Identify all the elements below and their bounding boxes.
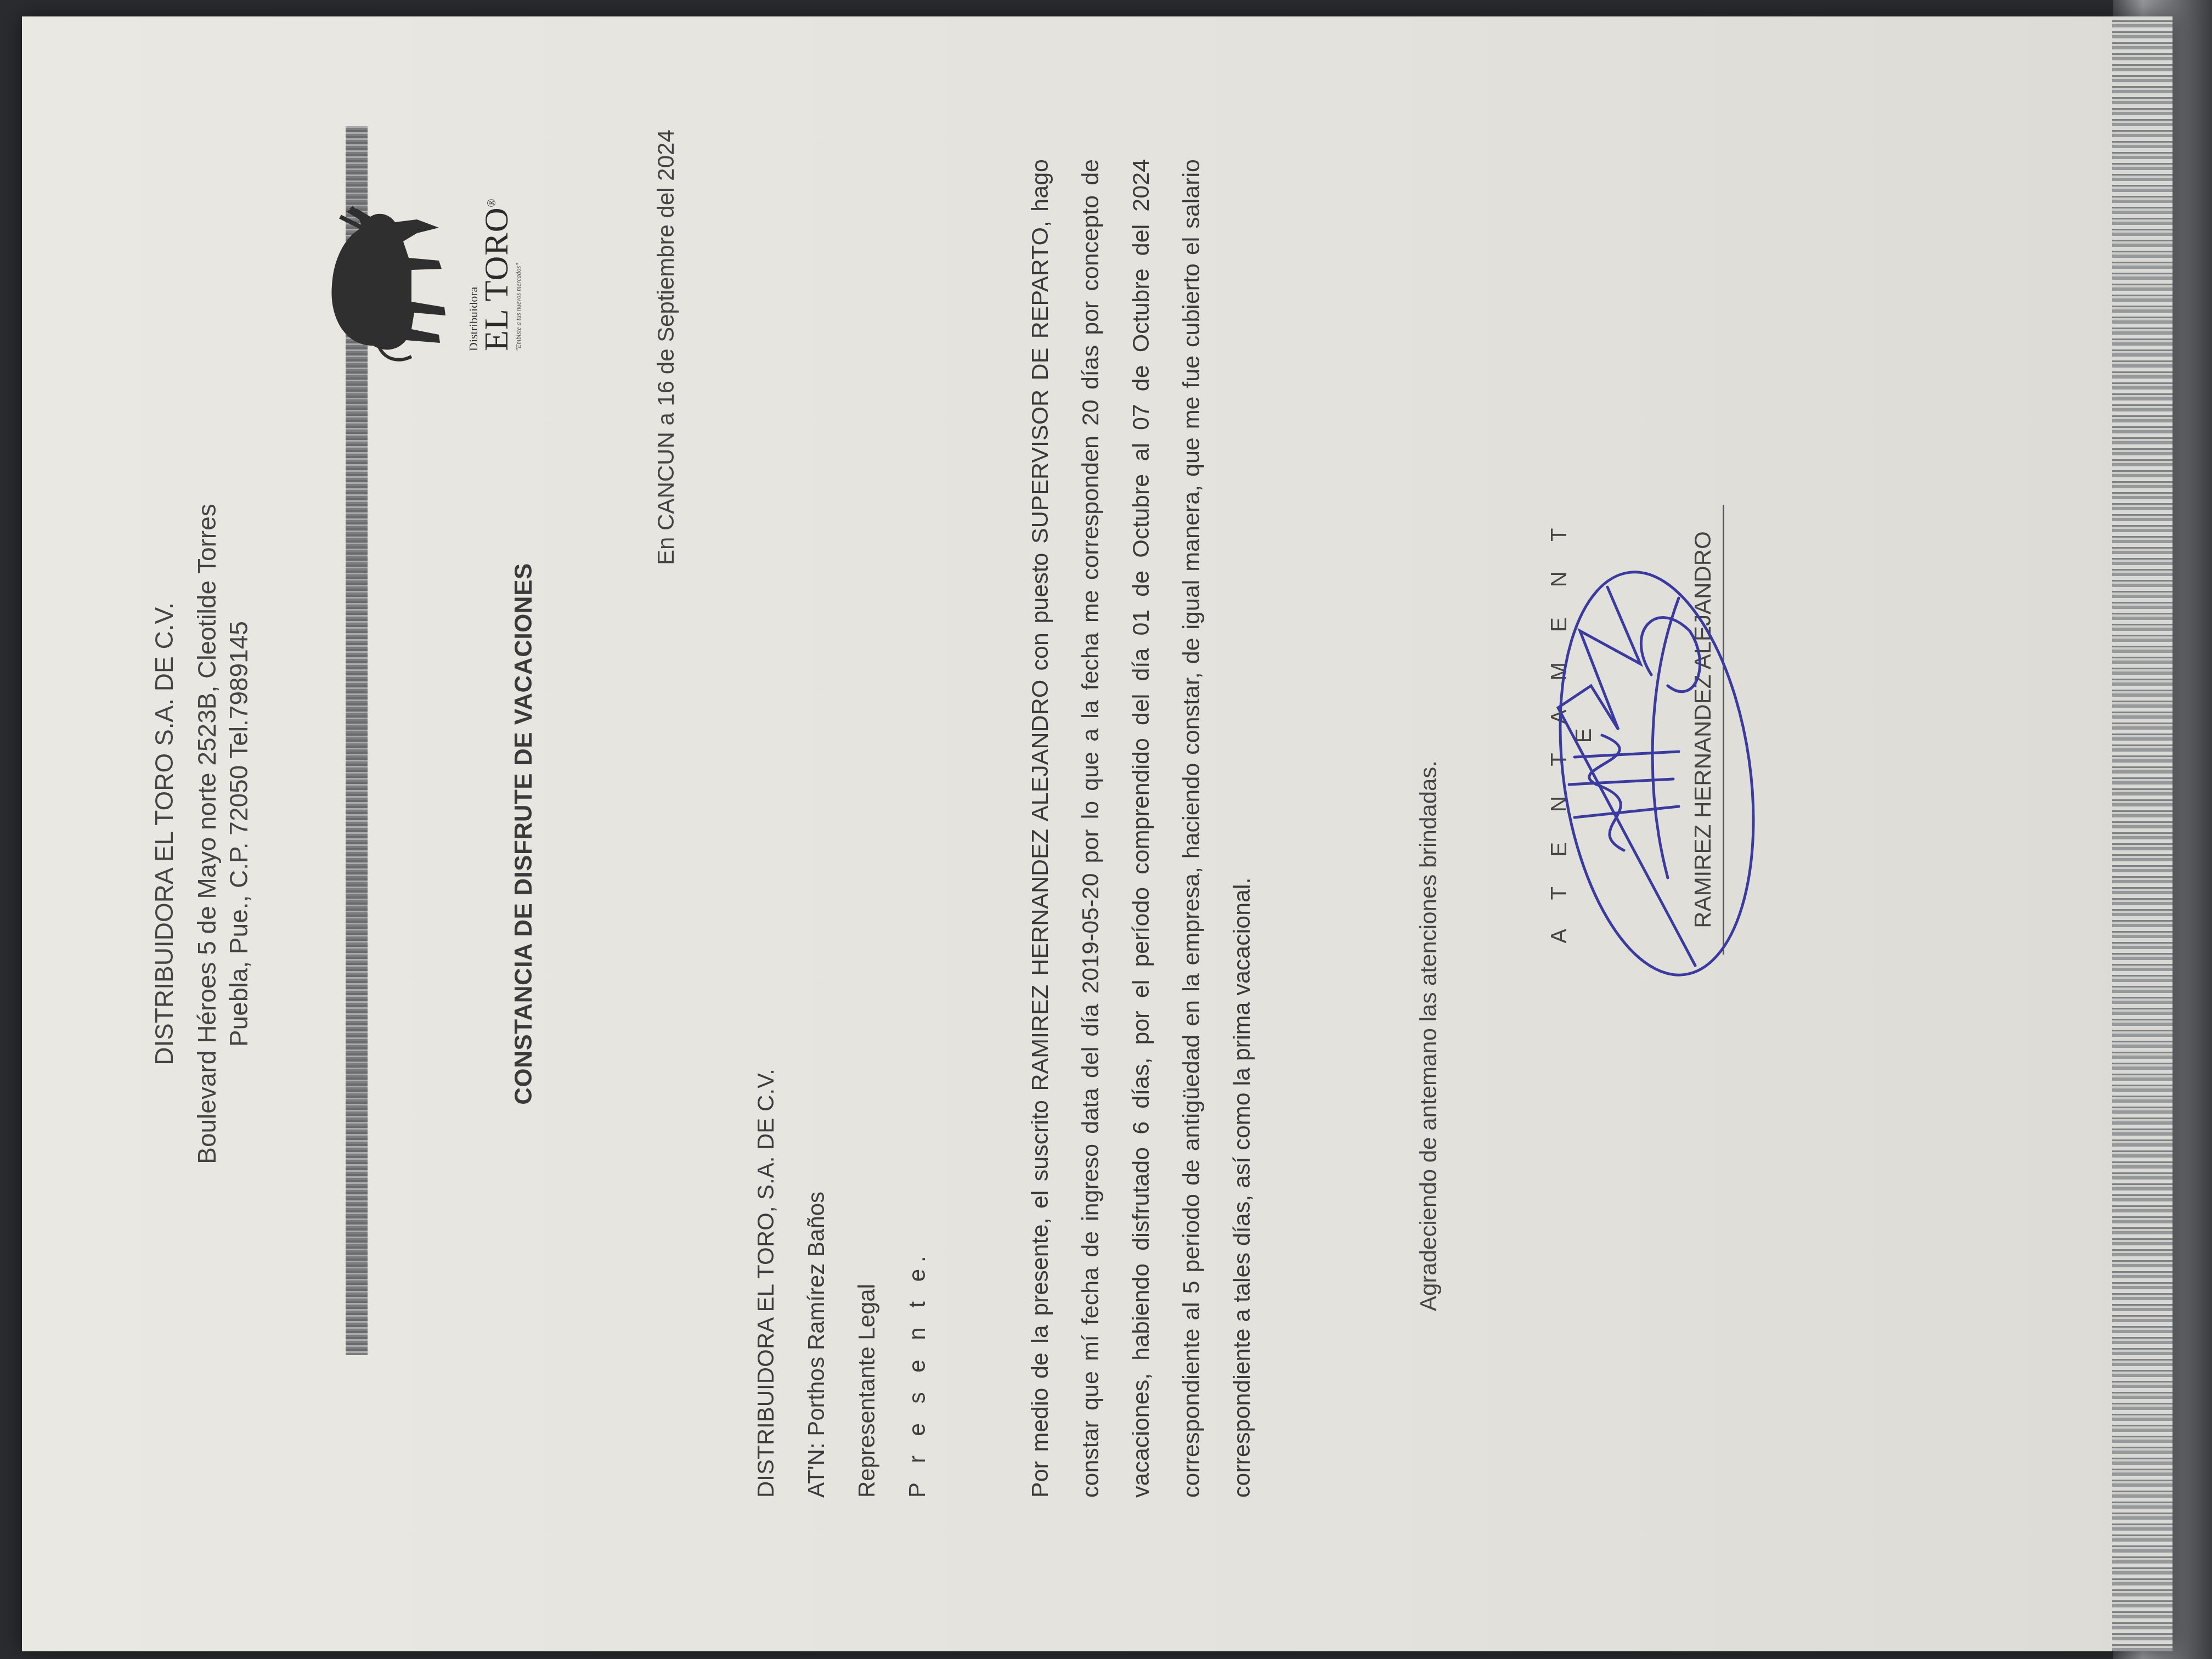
salutation: P r e s e n t e.	[892, 1069, 943, 1498]
recipient-attention: AT'N: Porthos Ramírez Baños	[791, 1069, 842, 1498]
company-logo: Distribuidora EL TORO® "Embiste a tus nu…	[307, 198, 527, 428]
page-edge-shadow	[2112, 16, 2172, 1651]
address-line-2: Puebla, Pue., C.P. 72050 Tel.7989145	[223, 16, 255, 1651]
signer-name: RAMIREZ HERNANDEZ ALEJANDRO	[1690, 505, 1716, 955]
document-title: CONSTANCIA DE DISFRUTE DE VACACIONES	[510, 16, 538, 1651]
company-name: DISTRIBUIDORA EL TORO S.A. DE C.V.	[148, 16, 180, 1651]
closing-line: Agradeciendo de antemano las atenciones …	[1415, 760, 1442, 1311]
place-date: En CANCUN a 16 de Septiembre del 2024	[653, 129, 679, 565]
address-line-1: Boulevard Héroes 5 de Mayo norte 2523B, …	[191, 16, 223, 1651]
sign-off: A T E N T A M E N T E	[1547, 505, 1596, 955]
signature-block: A T E N T A M E N T E RAMIREZ HERNANDEZ …	[1547, 505, 1745, 955]
recipient-block: DISTRIBUIDORA EL TORO, S.A. DE C.V. AT'N…	[741, 1069, 943, 1498]
body-paragraph: Por medio de la presente, el suscrito RA…	[1015, 159, 1267, 1498]
letterhead: DISTRIBUIDORA EL TORO S.A. DE C.V. Boule…	[148, 16, 255, 1651]
document-photo: DISTRIBUIDORA EL TORO S.A. DE C.V. Boule…	[22, 16, 2172, 1651]
letter-page: DISTRIBUIDORA EL TORO S.A. DE C.V. Boule…	[22, 16, 2172, 1651]
signature-line	[1723, 505, 1724, 955]
bull-icon	[307, 203, 466, 368]
recipient-role: Representante Legal	[842, 1069, 892, 1498]
recipient-company: DISTRIBUIDORA EL TORO, S.A. DE C.V.	[741, 1069, 791, 1498]
